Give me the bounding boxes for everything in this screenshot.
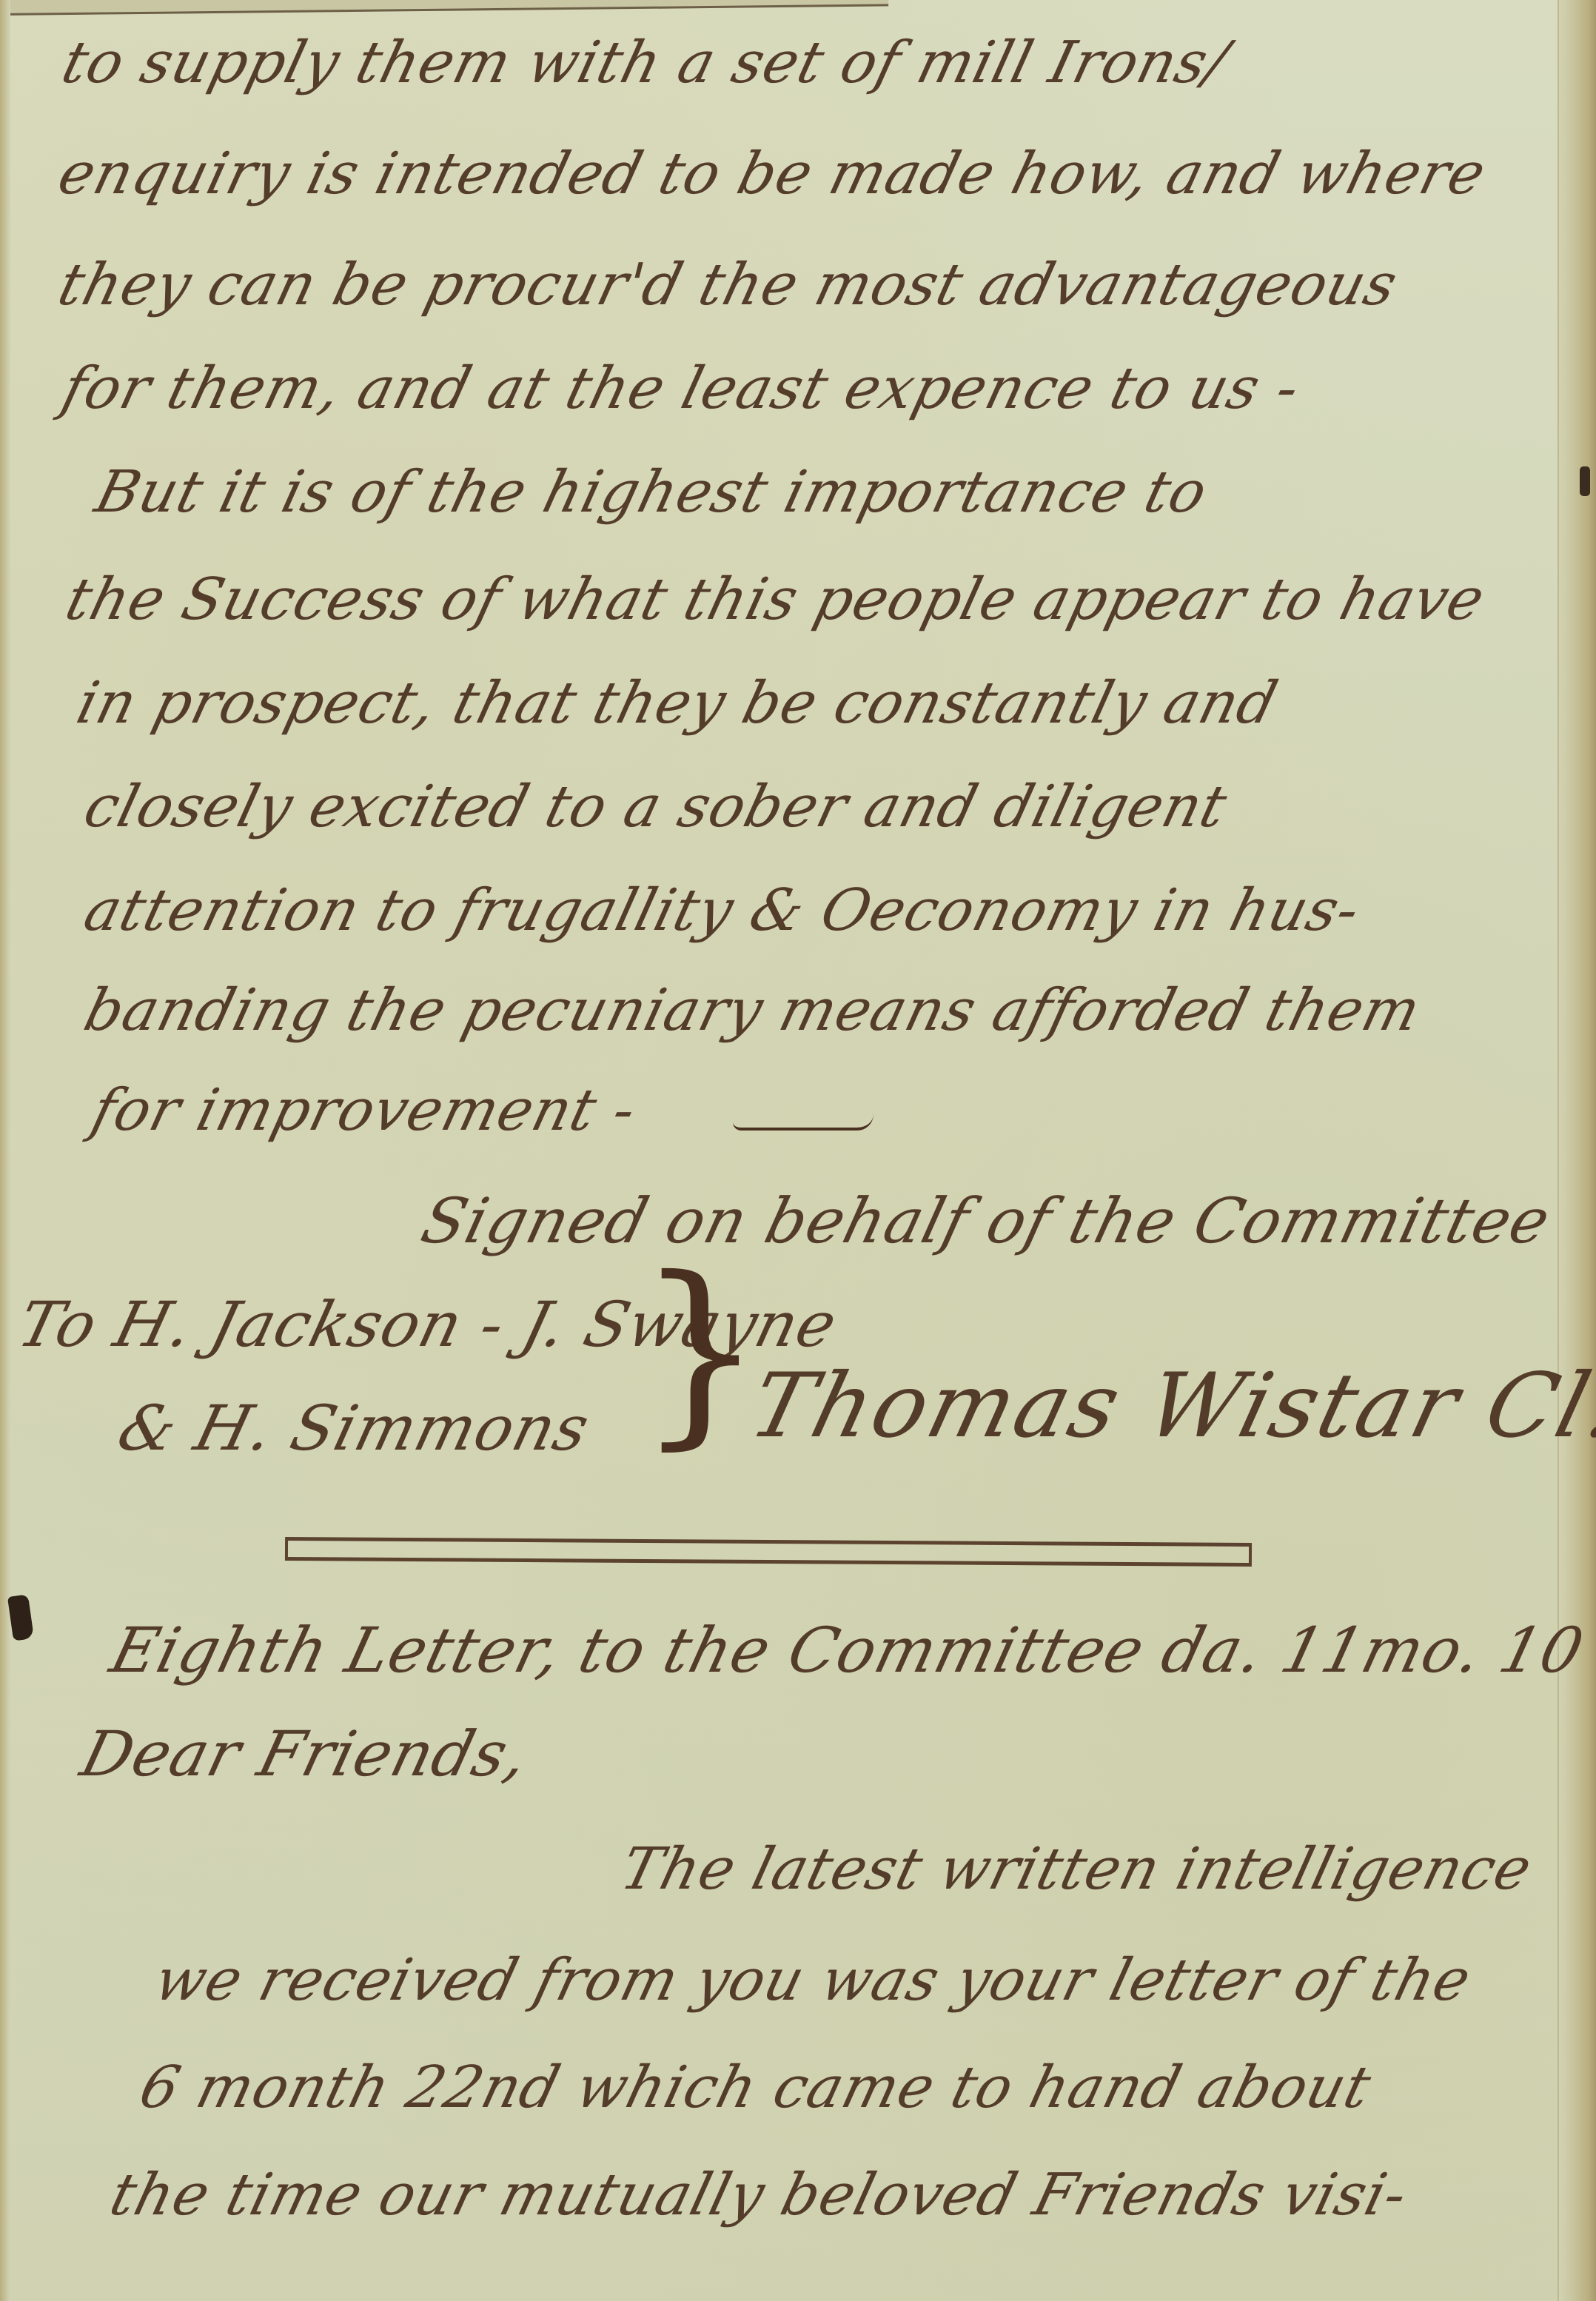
- ink-blot-mark-right: [1580, 466, 1590, 496]
- ink-blot-mark: [7, 1594, 34, 1641]
- text-line: for them, and at the least expence to us…: [56, 355, 1307, 422]
- letter-heading: Eighth Letter, to the Committee da. 11mo…: [104, 1614, 1596, 1687]
- signer-signature: Thomas Wistar Cl.: [740, 1355, 1596, 1458]
- signed-on-behalf-line: Signed on behalf of the Committee: [415, 1185, 1558, 1257]
- closing-flourish: [733, 1114, 874, 1131]
- text-line: the time our mutually beloved Friends vi…: [104, 2162, 1414, 2228]
- text-line: in prospect, that they be constantly and: [70, 670, 1284, 737]
- text-line: they can be procur'd the most advantageo…: [52, 252, 1404, 318]
- text-line: enquiry is intended to be made how, and …: [52, 141, 1492, 207]
- text-line: But it is of the highest importance to: [89, 459, 1214, 526]
- text-line: banding the pecuniary means afforded the…: [78, 977, 1427, 1044]
- text-line: 6 month 22nd which came to hand about: [133, 2054, 1378, 2121]
- text-line: the Success of what this people appear t…: [59, 566, 1492, 633]
- text-line: for improvement -: [85, 1077, 643, 1144]
- salutation: Dear Friends,: [74, 1718, 536, 1790]
- bracket-brace: }: [637, 1251, 764, 1451]
- text-line: The latest written intelligence: [614, 1836, 1538, 1903]
- recipients-line: & H. Simmons: [111, 1392, 597, 1464]
- section-divider: [285, 1537, 1252, 1567]
- text-line: to supply them with a set of mill Irons/: [56, 30, 1235, 96]
- page-top-edge: [0, 0, 888, 16]
- text-line: attention to frugallity & Oeconomy in hu…: [78, 877, 1367, 944]
- page-left-edge: [0, 0, 10, 2301]
- page-binding-edge: [1558, 0, 1596, 2301]
- text-line: we received from you was your letter of …: [148, 1947, 1478, 2014]
- text-line: closely excited to a sober and diligent: [78, 774, 1234, 840]
- manuscript-page: to supply them with a set of mill Irons/…: [0, 0, 1596, 2301]
